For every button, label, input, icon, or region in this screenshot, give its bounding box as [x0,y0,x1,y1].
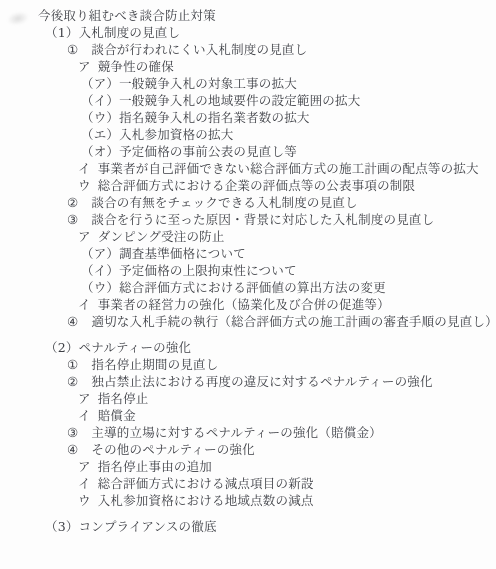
outline-item: ④適切な入札手続の執行（総合評価方式の施工計画の審査手順の見直し） [67,313,496,330]
outline-item-label: （オ） [81,143,119,160]
outline-item-text: 事業者が自己評価できない総合評価方式の施工計画の配点等の拡大 [98,160,479,177]
outline-item-text: 談合の有無をチェックできる入札制度の見直し [91,194,357,211]
outline-item: （イ）予定価格の上限拘束性について [81,262,496,279]
outline-item-label: ② [67,373,78,390]
outline-item: ウ入札参加資格における地域点数の減点 [78,492,496,509]
outline-item-text: 独占禁止法における再度の違反に対するペナルティーの強化 [91,373,432,390]
outline-item: （オ）予定価格の事前公表の見直し等 [81,143,496,160]
outline-item: ④その他のペナルティーの強化 [67,441,496,458]
outline-item-label: イ [78,296,91,313]
outline-item-text: 入札制度の見直し [79,24,181,41]
outline-item: ③談合を行うに至った原因・背景に対応した入札制度の見直し [67,211,496,228]
outline-item-label: （1） [45,24,79,41]
outline-item-label: （エ） [81,126,119,143]
outline-item-text: 主導的立場に対するペナルティーの強化（賠償金） [91,424,381,441]
outline-item: （ア）一般競争入札の対象工事の拡大 [81,75,496,92]
outline-item: アダンピング受注の防止 [78,228,496,245]
outline-item-text: 談合が行われにくい入札制度の見直し [91,41,307,58]
outline-item-text: ペナルティーの強化 [79,339,192,356]
outline-item-label: （3） [45,518,79,535]
outline-item: イ賠償金 [78,407,496,424]
outline-item-text: 指名停止事由の追加 [98,458,212,475]
outline-item-text: 総合評価方式における企業の評価点等の公表事項の制限 [98,177,416,194]
outline-item-text: その他のペナルティーの強化 [91,441,254,458]
outline-item-text: 指名停止 [98,390,149,407]
outline-item-label: ④ [67,441,78,458]
outline-item: ウ総合評価方式における企業の評価点等の公表事項の制限 [78,177,496,194]
outline-item-label: （イ） [81,262,119,279]
outline-section: （1）入札制度の見直し①談合が行われにくい入札制度の見直しア競争性の確保（ア）一… [0,24,496,330]
outline-item-label: ウ [78,492,91,509]
outline-item-label: ③ [67,211,78,228]
outline-item-text: 事業者の経営力の強化（協業化及び合併の促進等） [98,296,390,313]
outline-sections: （1）入札制度の見直し①談合が行われにくい入札制度の見直しア競争性の確保（ア）一… [0,24,496,535]
outline-item-label: （ウ） [81,109,119,126]
outline-item-text: 予定価格の上限拘束性について [119,262,297,279]
outline-item: ア競争性の確保 [78,58,496,75]
outline-item-text: 総合評価方式における評価値の算出方法の変更 [119,279,386,296]
section-heading: （1）入札制度の見直し [45,24,496,41]
outline-item: ア指名停止 [78,390,496,407]
outline-item-text: 入札参加資格における地域点数の減点 [98,492,314,509]
outline-item: ア指名停止事由の追加 [78,458,496,475]
outline-item-text: 競争性の確保 [98,58,174,75]
outline-section: （3）コンプライアンスの徹底 [0,518,496,535]
outline-item-text: 一般競争入札の対象工事の拡大 [119,75,297,92]
outline-item: ①指名停止期間の見直し [67,356,496,373]
outline-item-label: ① [67,356,78,373]
outline-item: （ア）調査基準価格について [81,245,496,262]
outline-item-text: 適切な入札手続の執行（総合評価方式の施工計画の審査手順の見直し） [91,313,496,330]
outline-item-label: ③ [67,424,78,441]
outline-item-label: ア [78,458,91,475]
outline-item-label: （2） [45,339,79,356]
section-heading: （2）ペナルティーの強化 [45,339,496,356]
outline-item-label: ア [78,228,91,245]
outline-item-text: 調査基準価格について [119,245,246,262]
outline-item: ③主導的立場に対するペナルティーの強化（賠償金） [67,424,496,441]
outline-item: ①談合が行われにくい入札制度の見直し [67,41,496,58]
outline-item-text: コンプライアンスの徹底 [79,518,217,535]
outline-item-label: ② [67,194,78,211]
document-title-text: 今後取り組むべき談合防止対策 [38,7,216,24]
outline-item-text: 賠償金 [98,407,136,424]
outline-item: （エ）入札参加資格の拡大 [81,126,496,143]
outline-item: （ウ）指名競争入札の指名業者数の拡大 [81,109,496,126]
outline-item-label: （イ） [81,92,119,109]
outline-item-text: 一般競争入札の地域要件の設定範囲の拡大 [119,92,360,109]
document-page: 今後取り組むべき談合防止対策 （1）入札制度の見直し①談合が行われにくい入札制度… [0,0,496,569]
outline-item: （イ）一般競争入札の地域要件の設定範囲の拡大 [81,92,496,109]
outline-item-text: 指名競争入札の指名業者数の拡大 [119,109,310,126]
outline-item-label: （ウ） [81,279,119,296]
outline-item-label: ④ [67,313,78,330]
outline-item-text: 指名停止期間の見直し [91,356,218,373]
outline-item-label: イ [78,407,91,424]
outline-item: ②談合の有無をチェックできる入札制度の見直し [67,194,496,211]
outline-item: （ウ）総合評価方式における評価値の算出方法の変更 [81,279,496,296]
outline-item-text: 予定価格の事前公表の見直し等 [119,143,297,160]
outline-item: ②独占禁止法における再度の違反に対するペナルティーの強化 [67,373,496,390]
document-title: 今後取り組むべき談合防止対策 [38,7,496,24]
outline-item-label: ア [78,58,91,75]
outline-item: イ事業者が自己評価できない総合評価方式の施工計画の配点等の拡大 [78,160,496,177]
outline-item-text: 総合評価方式における減点項目の新設 [98,475,314,492]
outline-item-label: イ [78,475,91,492]
outline-item: イ総合評価方式における減点項目の新設 [78,475,496,492]
outline-item-text: ダンピング受注の防止 [98,228,225,245]
section-heading: （3）コンプライアンスの徹底 [45,518,496,535]
outline-item-label: （ア） [81,75,119,92]
outline-item: イ事業者の経営力の強化（協業化及び合併の促進等） [78,296,496,313]
outline-item-text: 談合を行うに至った原因・背景に対応した入札制度の見直し [91,211,434,228]
outline-item-text: 入札参加資格の拡大 [119,126,233,143]
outline-item-label: イ [78,160,91,177]
outline-item-label: ア [78,390,91,407]
outline-item-label: （ア） [81,245,119,262]
outline-item-label: ① [67,41,78,58]
outline-item-label: ウ [78,177,91,194]
outline-section: （2）ペナルティーの強化①指名停止期間の見直し②独占禁止法における再度の違反に対… [0,339,496,509]
